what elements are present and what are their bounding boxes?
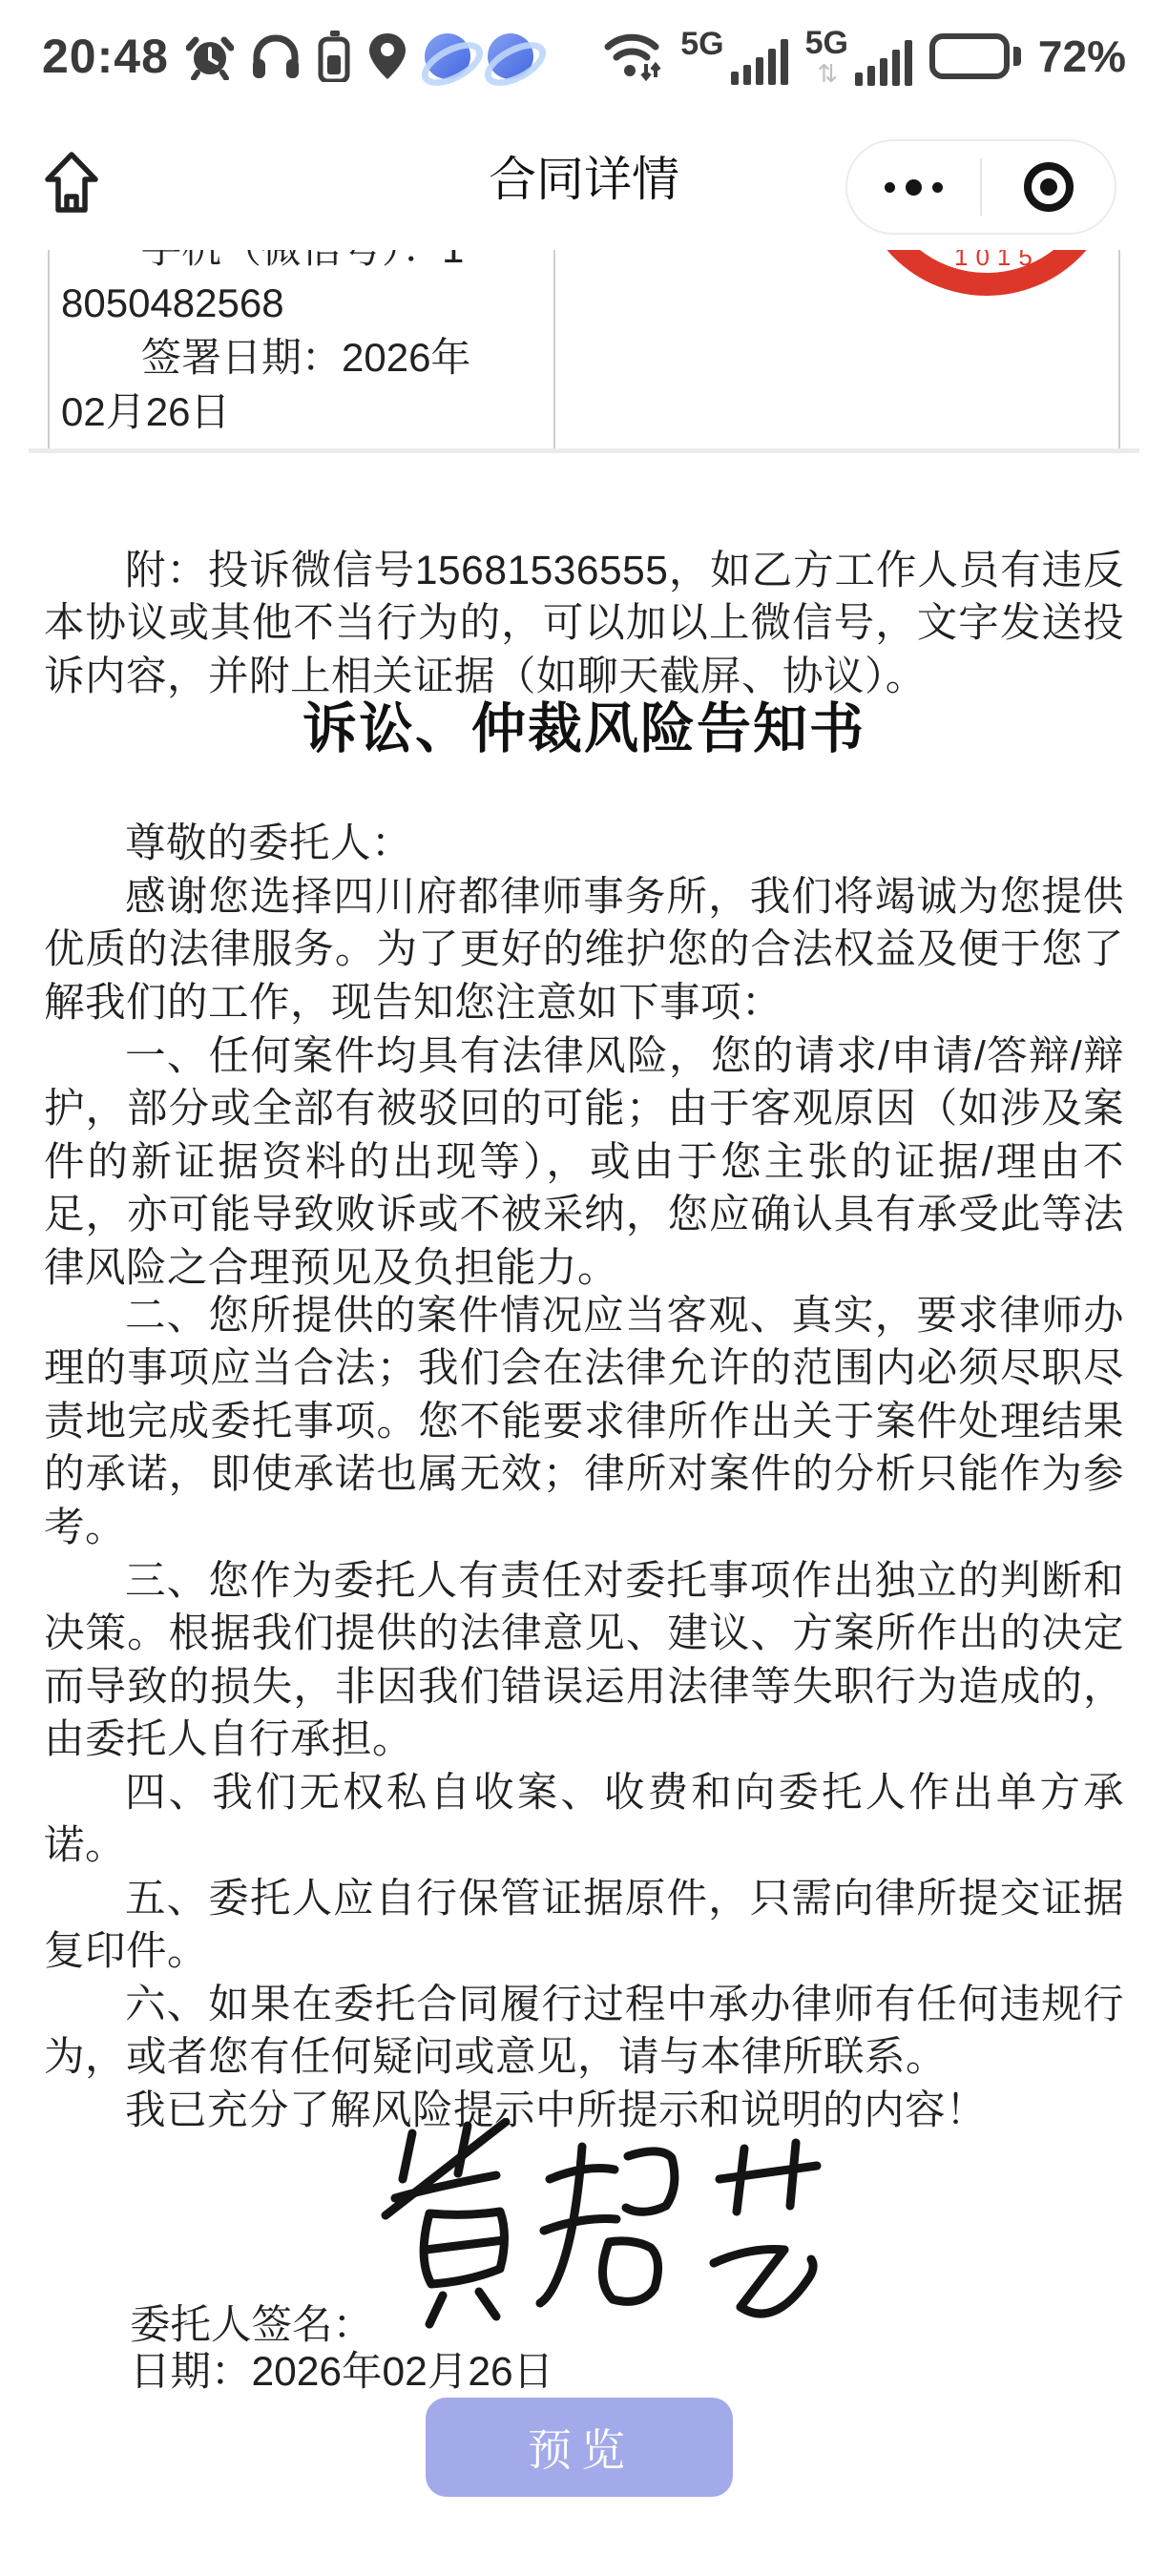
- preview-button[interactable]: 预览: [426, 2398, 733, 2497]
- sign-date-line-2: 02月26日: [61, 384, 540, 439]
- close-miniprogram-button[interactable]: [982, 141, 1115, 233]
- sign-date-line-1: 签署日期：2026年: [61, 330, 540, 384]
- handwritten-signature: [380, 2118, 828, 2342]
- battery-saver-icon: [318, 31, 350, 82]
- browser-app-icon-2: [488, 33, 533, 79]
- phone-label-line: 手机（微信号）：1: [61, 250, 540, 276]
- nav-bar: 合同详情: [0, 113, 1168, 250]
- phone-number-line: 8050482568: [61, 276, 540, 330]
- sim2-5g-label: 5G: [805, 27, 848, 59]
- table-bottom-shadow: [29, 448, 1139, 453]
- signature-date: 日期：2026年02月26日: [130, 2346, 553, 2399]
- salutation: 尊敬的委托人：: [44, 818, 1124, 871]
- status-left-cluster: 20:48: [42, 29, 533, 84]
- clause-3: 三、您作为委托人有责任对委托事项作出独立的判断和决策。根据我们提供的法律意见、建…: [44, 1555, 1124, 1767]
- alarm-icon: [186, 32, 234, 80]
- battery-percent: 72%: [1038, 31, 1126, 82]
- clock-time: 20:48: [42, 29, 169, 84]
- exit-target-icon: [1024, 162, 1074, 212]
- browser-app-icon: [425, 33, 470, 79]
- clause-4: 四、我们无权私自收案、收费和向委托人作出单方承诺。: [44, 1767, 1124, 1873]
- more-button[interactable]: [847, 141, 980, 233]
- law-firm-seal-icon: 1015: [813, 250, 1120, 309]
- contract-signature-table: 手机（微信号）：1 8050482568 签署日期：2026年 02月26日 1…: [48, 250, 1120, 450]
- wifi-icon: [604, 31, 663, 81]
- battery-icon: [929, 33, 1021, 79]
- clause-1: 一、任何案件均具有法律风险，您的请求/申请/答辩/辩护，部分或全部有被驳回的可能…: [44, 1030, 1124, 1296]
- status-bar: 20:48: [0, 0, 1168, 113]
- sim1-signal-bars: [731, 39, 788, 85]
- status-right-cluster: 5G 5G ⇅ 72%: [604, 27, 1126, 86]
- miniprogram-capsule: [845, 139, 1116, 235]
- table-column-divider: [553, 250, 555, 448]
- signer-label: 委托人签名：: [130, 2299, 373, 2352]
- attachment-note: 附：投诉微信号15681536555，如乙方工作人员有违反本协议或其他不当行为的…: [44, 545, 1124, 704]
- sim1-5g-label: 5G: [680, 28, 723, 60]
- sim1-signal: 5G: [680, 28, 787, 85]
- headphones-icon: [251, 32, 301, 80]
- risk-notice-title: 诉讼、仲裁风险告知书: [44, 689, 1124, 769]
- intro-paragraph: 感谢您选择四川府都律师事务所，我们将竭诚为您提供优质的法律服务。为了更好的维护您…: [44, 871, 1124, 1030]
- sim2-signal: 5G ⇅: [805, 27, 912, 86]
- party-a-signature-cell: 手机（微信号）：1 8050482568 签署日期：2026年 02月26日: [50, 250, 552, 439]
- sim2-traffic-arrows-icon: ⇅: [817, 61, 838, 86]
- location-pin-icon: [367, 31, 407, 81]
- sim2-signal-bars: [855, 40, 912, 86]
- more-icon: [885, 179, 943, 196]
- clause-2: 二、您所提供的案件情况应当客观、真实，要求律师办理的事项应当合法；我们会在法律允…: [44, 1290, 1124, 1555]
- clause-5: 五、委托人应自行保管证据原件，只需向律所提交证据复印件。: [44, 1873, 1124, 1979]
- clause-6: 六、如果在委托合同履行过程中承办律师有任何违规行为，或者您有任何疑问或意见，请与…: [44, 1979, 1124, 2085]
- contract-detail-screen: 20:48: [0, 0, 1168, 2576]
- seal-number: 1015: [954, 250, 1040, 271]
